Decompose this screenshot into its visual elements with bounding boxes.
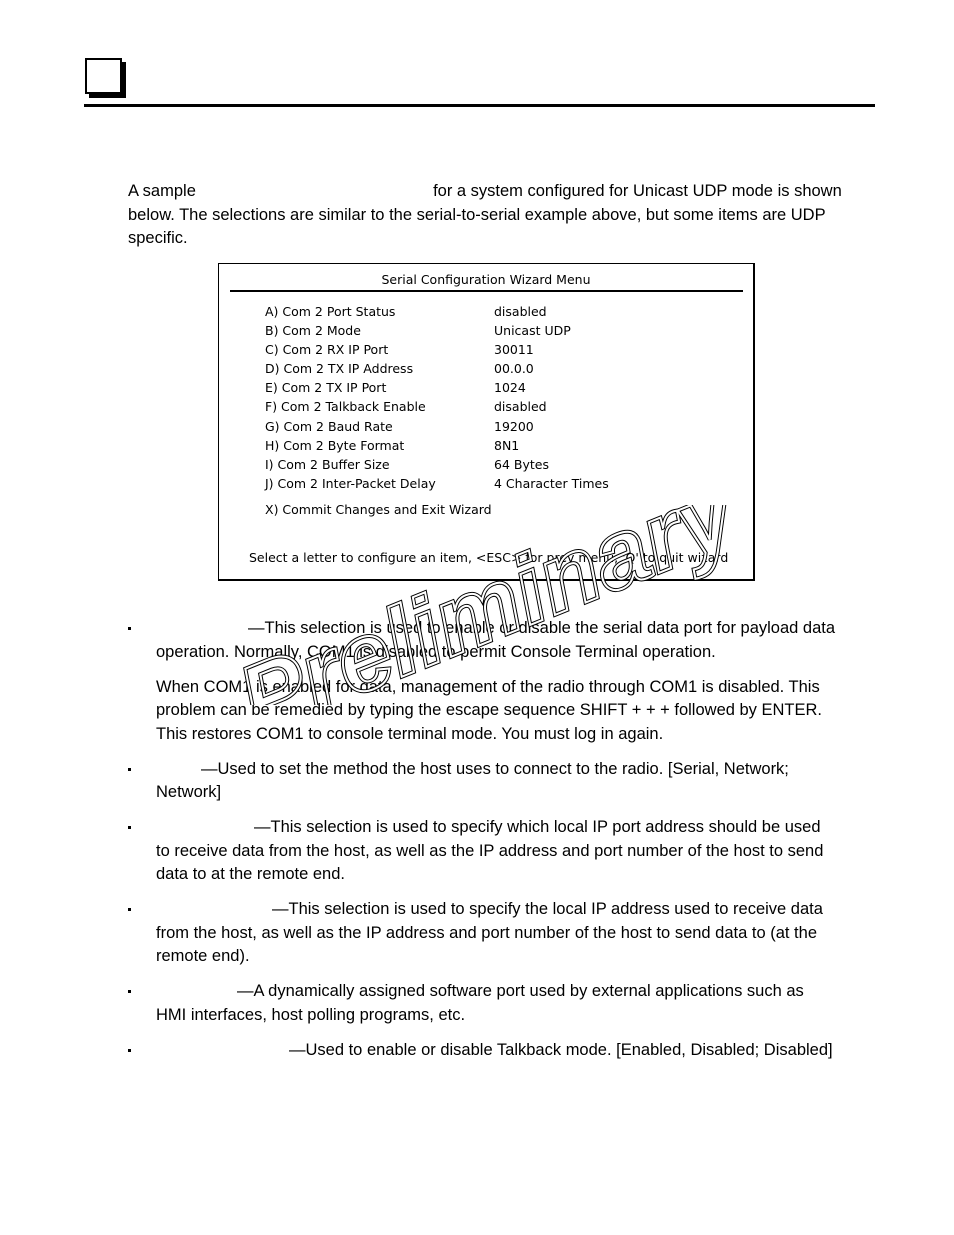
bullet-text: —Used to enable or disable Talkback mode… <box>289 1041 833 1059</box>
bullet-item: —This selection is used to specify the l… <box>128 898 838 969</box>
bullet-marker <box>128 990 131 993</box>
bullet-text: —This selection is used to specify the l… <box>156 900 823 965</box>
intro-paragraph: A sample for a system configured for Uni… <box>128 180 848 251</box>
wizard-title: Serial Configuration Wizard Menu <box>219 272 753 287</box>
wizard-item-value: 4 Character Times <box>494 474 609 493</box>
wizard-item-label: A) Com 2 Port Status <box>265 302 395 321</box>
wizard-item-value: 8N1 <box>494 436 519 455</box>
wizard-item-value: disabled <box>494 397 547 416</box>
wizard-item-label: J) Com 2 Inter-Packet Delay <box>265 474 436 493</box>
wizard-item: F) Com 2 Talkback Enabledisabled <box>265 397 753 416</box>
wizard-item-value: 30011 <box>494 340 534 359</box>
intro-lead: A sample <box>128 182 196 200</box>
wizard-item-label: B) Com 2 Mode <box>265 321 361 340</box>
wizard-item: J) Com 2 Inter-Packet Delay4 Character T… <box>265 474 753 493</box>
bullet-marker <box>128 627 131 630</box>
wizard-item-value: 1024 <box>494 378 526 397</box>
bullet-text: —This selection is used to enable or dis… <box>156 619 835 661</box>
wizard-item: B) Com 2 ModeUnicast UDP <box>265 321 753 340</box>
wizard-item-label: F) Com 2 Talkback Enable <box>265 397 426 416</box>
bullet-list: —This selection is used to enable or dis… <box>128 617 838 1074</box>
wizard-item-label: H) Com 2 Byte Format <box>265 436 404 455</box>
bullet-marker <box>128 1049 131 1052</box>
bullet-extra-text: When COM1 is enabled for data, managemen… <box>156 676 838 747</box>
wizard-item-value: 00.0.0 <box>494 359 534 378</box>
wizard-item-label: I) Com 2 Buffer Size <box>265 455 390 474</box>
bullet-item: —Used to enable or disable Talkback mode… <box>128 1039 838 1063</box>
intro-rest: for a system configured for Unicast UDP … <box>128 182 842 247</box>
bullet-marker <box>128 826 131 829</box>
wizard-footer-hint: Select a letter to configure an item, <E… <box>249 550 728 565</box>
wizard-item-label: E) Com 2 TX IP Port <box>265 378 386 397</box>
wizard-menu-figure: Serial Configuration Wizard Menu A) Com … <box>218 263 755 581</box>
bullet-item: —This selection is used to enable or dis… <box>128 617 838 746</box>
wizard-item: E) Com 2 TX IP Port1024 <box>265 378 753 397</box>
bullet-item: —Used to set the method the host uses to… <box>128 758 838 805</box>
wizard-item-label: G) Com 2 Baud Rate <box>265 417 393 436</box>
wizard-item-label: C) Com 2 RX IP Port <box>265 340 388 359</box>
wizard-item-list: A) Com 2 Port Statusdisabled B) Com 2 Mo… <box>265 302 753 493</box>
bullet-marker <box>128 768 131 771</box>
wizard-item: C) Com 2 RX IP Port30011 <box>265 340 753 359</box>
wizard-item: G) Com 2 Baud Rate19200 <box>265 417 753 436</box>
wizard-divider <box>230 290 743 292</box>
wizard-item: H) Com 2 Byte Format8N1 <box>265 436 753 455</box>
chapter-marker-box <box>85 58 122 94</box>
wizard-commit-option: X) Commit Changes and Exit Wizard <box>265 502 492 517</box>
wizard-item: D) Com 2 TX IP Address00.0.0 <box>265 359 753 378</box>
wizard-item-value: 19200 <box>494 417 534 436</box>
header-rule <box>84 104 875 107</box>
wizard-item: A) Com 2 Port Statusdisabled <box>265 302 753 321</box>
bullet-text: —A dynamically assigned software port us… <box>156 982 804 1024</box>
wizard-item-value: disabled <box>494 302 547 321</box>
wizard-item-value: 64 Bytes <box>494 455 549 474</box>
bullet-marker <box>128 908 131 911</box>
bullet-item: —This selection is used to specify which… <box>128 816 838 887</box>
bullet-text: —Used to set the method the host uses to… <box>156 760 789 802</box>
wizard-item: I) Com 2 Buffer Size64 Bytes <box>265 455 753 474</box>
wizard-item-value: Unicast UDP <box>494 321 571 340</box>
bullet-item: —A dynamically assigned software port us… <box>128 980 838 1027</box>
bullet-text: —This selection is used to specify which… <box>156 818 823 883</box>
wizard-item-label: D) Com 2 TX IP Address <box>265 359 413 378</box>
